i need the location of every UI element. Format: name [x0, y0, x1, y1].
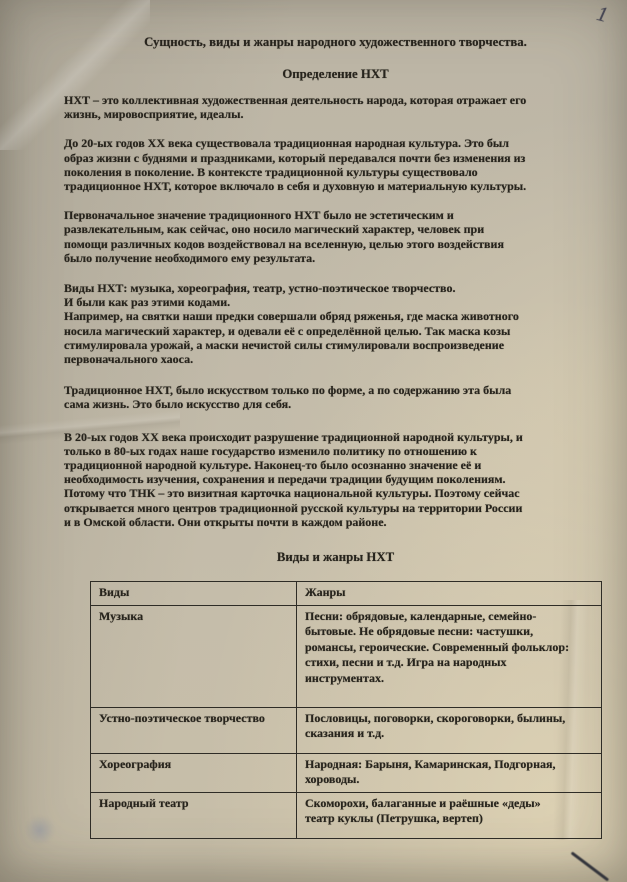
section-heading: Определение НХТ — [64, 66, 607, 82]
type-cell: Хореография — [91, 753, 297, 792]
table-row: Народный театр Скоморохи, балаганные и р… — [91, 792, 602, 838]
paragraph: НХТ – это коллективная художественная де… — [64, 93, 607, 121]
types-genres-table: Виды Жанры Музыка Песни: обрядовые, кале… — [90, 581, 602, 839]
column-header-types: Виды — [91, 582, 297, 606]
paragraph: Традиционное НХТ, было искусством только… — [64, 383, 607, 411]
document-content: Сущность, виды и жанры народного художес… — [64, 34, 607, 839]
pen-stroke-mark — [571, 852, 609, 882]
genres-cell: Народная: Барыня, Камаринская, Подгорная… — [297, 753, 602, 792]
table-row: Устно-поэтическое творчество Пословицы, … — [91, 707, 602, 753]
type-cell: Устно-поэтическое творчество — [91, 707, 297, 753]
table-header-row: Виды Жанры — [91, 582, 602, 606]
handwritten-page-number: 1 — [594, 1, 610, 28]
paragraph: Первоначальное значение традиционного НХ… — [64, 208, 607, 265]
type-cell: Народный театр — [91, 792, 297, 838]
genres-cell: Песни: обрядовые, календарные, семейно- … — [297, 605, 602, 707]
photographed-document-page: 1 Сущность, виды и жанры народного худож… — [0, 0, 627, 882]
table-heading: Виды и жанры НХТ — [64, 549, 607, 565]
type-cell: Музыка — [91, 605, 297, 707]
genres-cell: Пословицы, поговорки, скороговорки, были… — [297, 707, 602, 753]
column-header-genres: Жанры — [297, 582, 602, 606]
paragraph: Виды НХТ: музыка, хореография, театр, ус… — [64, 281, 607, 366]
table-row: Хореография Народная: Барыня, Камаринска… — [91, 753, 602, 792]
document-title: Сущность, виды и жанры народного художес… — [64, 34, 607, 50]
genres-cell: Скоморохи, балаганные и раёшные «деды» т… — [297, 792, 602, 838]
paragraph: В 20-ых годов XX века происходит разруше… — [64, 430, 607, 529]
paragraph: До 20-ых годов XX века существовала трад… — [64, 136, 607, 193]
table-row: Музыка Песни: обрядовые, календарные, се… — [91, 605, 602, 707]
faint-pencil-smudge — [24, 816, 56, 844]
